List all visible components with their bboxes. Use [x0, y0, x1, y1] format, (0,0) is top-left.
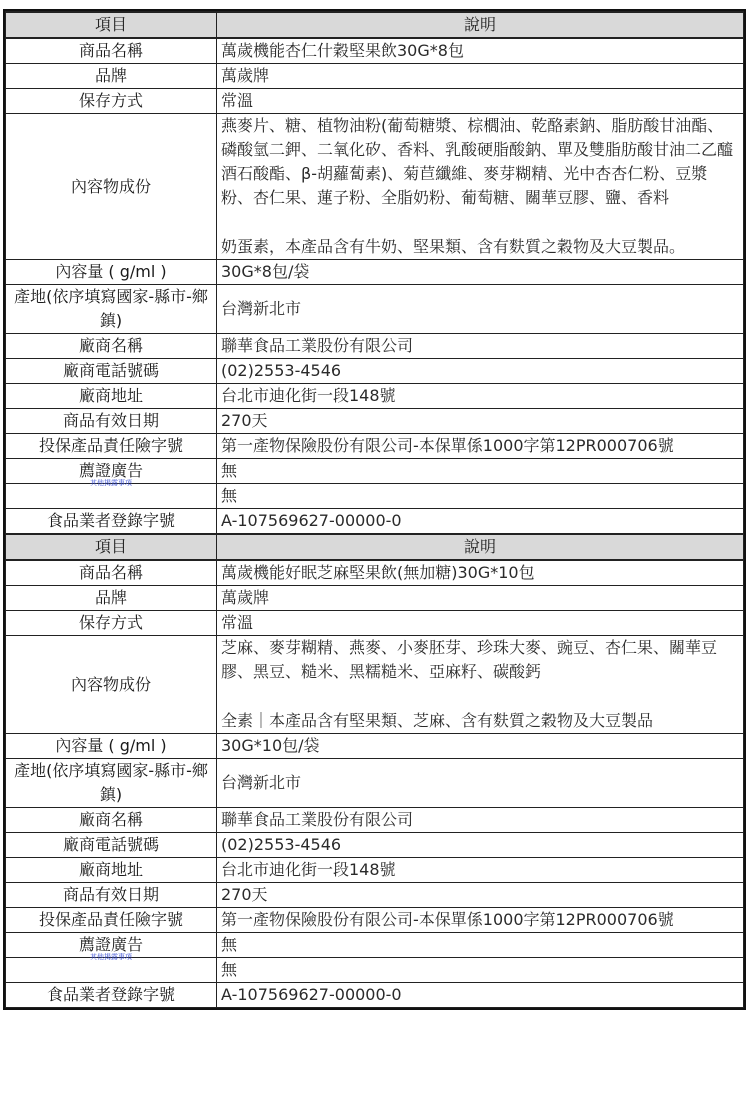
row-label-registration: 食品業者登錄字號	[6, 983, 217, 1008]
row-value-address: 台北市迪化街一段148號	[217, 858, 744, 883]
product-spec-sheet: 項目 說明 商品名稱 萬歲機能杏仁什穀堅果飲30G*8包 品牌 萬歲牌 保存方式…	[3, 9, 746, 1010]
row-label-origin: 產地(依序填寫國家-縣市-鄉鎮)	[6, 759, 217, 808]
row-label-maker: 廠商名稱	[6, 334, 217, 359]
row-label-registration: 食品業者登錄字號	[6, 509, 217, 535]
row-value-ingredients: 芝麻、麥芽糊精、燕麥、小麥胚芽、珍珠大麥、豌豆、杏仁果、關華豆膠、黑豆、糙米、黑…	[217, 636, 744, 734]
row-value-maker: 聯華食品工業股份有限公司	[217, 334, 744, 359]
table-row: 內容量 ( g/ml ) 30G*10包/袋	[6, 734, 744, 759]
row-label-ingredients: 內容物成份	[6, 636, 217, 734]
row-label-shelf-life: 商品有效日期	[6, 883, 217, 908]
table-row: 保存方式 常溫	[6, 89, 744, 114]
table-row: 內容物成份 芝麻、麥芽糊精、燕麥、小麥胚芽、珍珠大麥、豌豆、杏仁果、關華豆膠、黑…	[6, 636, 744, 734]
row-value-storage: 常溫	[217, 89, 744, 114]
row-value-origin: 台灣新北市	[217, 285, 744, 334]
row-label-storage: 保存方式	[6, 611, 217, 636]
row-value-volume: 30G*10包/袋	[217, 734, 744, 759]
row-value-phone: (02)2553-4546	[217, 359, 744, 384]
table-row: 內容量 ( g/ml ) 30G*8包/袋	[6, 260, 744, 285]
row-label-phone: 廠商電話號碼	[6, 359, 217, 384]
table-row: 食品業者登錄字號 A-107569627-00000-0	[6, 983, 744, 1008]
header-description: 說明	[217, 534, 744, 560]
row-label-maker: 廠商名稱	[6, 808, 217, 833]
table-row: 產地(依序填寫國家-縣市-鄉鎮) 台灣新北市	[6, 285, 744, 334]
row-value-other-disclosures: 無	[217, 958, 744, 983]
row-label-brand: 品牌	[6, 586, 217, 611]
row-label-insurance: 投保產品責任險字號	[6, 908, 217, 933]
table-row: 產地(依序填寫國家-縣市-鄉鎮) 台灣新北市	[6, 759, 744, 808]
table-row: 品牌 萬歲牌	[6, 586, 744, 611]
row-value-volume: 30G*8包/袋	[217, 260, 744, 285]
allergen-note: 全素｜本產品含有堅果類、芝麻、含有麩質之穀物及大豆製品	[221, 709, 739, 733]
row-value-registration: A-107569627-00000-0	[217, 509, 744, 535]
row-value-product-name: 萬歲機能好眠芝麻堅果飲(無加糖)30G*10包	[217, 560, 744, 586]
row-value-insurance: 第一產物保險股份有限公司-本保單係1000字第12PR000706號	[217, 908, 744, 933]
spacer	[221, 684, 739, 709]
header-description: 說明	[217, 12, 744, 38]
row-value-endorsement: 無	[217, 933, 744, 958]
row-label-address: 廠商地址	[6, 384, 217, 409]
row-value-endorsement: 無	[217, 459, 744, 484]
table-row: 商品有效日期 270天	[6, 883, 744, 908]
row-value-phone: (02)2553-4546	[217, 833, 744, 858]
row-label-insurance: 投保產品責任險字號	[6, 434, 217, 459]
table-row: 廠商電話號碼 (02)2553-4546	[6, 359, 744, 384]
row-label-origin: 產地(依序填寫國家-縣市-鄉鎮)	[6, 285, 217, 334]
table-row: 內容物成份 燕麥片、糖、植物油粉(葡萄糖漿、棕櫚油、乾酪素鈉、脂肪酸甘油酯、磷酸…	[6, 114, 744, 260]
table-row: 廠商地址 台北市迪化街一段148號	[6, 384, 744, 409]
row-label-other-disclosures: 其他揭露事項	[6, 484, 217, 509]
header-item: 項目	[6, 12, 217, 38]
table-row: 投保產品責任險字號 第一產物保險股份有限公司-本保單係1000字第12PR000…	[6, 434, 744, 459]
row-value-brand: 萬歲牌	[217, 586, 744, 611]
table-row: 食品業者登錄字號 A-107569627-00000-0	[6, 509, 744, 535]
row-label-product-name: 商品名稱	[6, 560, 217, 586]
product-spec-table: 項目 說明 商品名稱 萬歲機能杏仁什穀堅果飲30G*8包 品牌 萬歲牌 保存方式…	[5, 11, 744, 1008]
spacer	[221, 210, 739, 235]
row-value-insurance: 第一產物保險股份有限公司-本保單係1000字第12PR000706號	[217, 434, 744, 459]
row-value-brand: 萬歲牌	[217, 64, 744, 89]
row-value-product-name: 萬歲機能杏仁什穀堅果飲30G*8包	[217, 38, 744, 64]
allergen-note: 奶蛋素，本產品含有牛奶、堅果類、含有麩質之穀物及大豆製品。	[221, 235, 739, 259]
other-disclosures-label: 其他揭露事項	[90, 952, 132, 962]
row-value-registration: A-107569627-00000-0	[217, 983, 744, 1008]
table-row: 品牌 萬歲牌	[6, 64, 744, 89]
table-row: 投保產品責任險字號 第一產物保險股份有限公司-本保單係1000字第12PR000…	[6, 908, 744, 933]
table-row: 廠商名稱 聯華食品工業股份有限公司	[6, 808, 744, 833]
header-item: 項目	[6, 534, 217, 560]
row-value-other-disclosures: 無	[217, 484, 744, 509]
row-value-address: 台北市迪化街一段148號	[217, 384, 744, 409]
ingredients-text: 燕麥片、糖、植物油粉(葡萄糖漿、棕櫚油、乾酪素鈉、脂肪酸甘油酯、磷酸氫二鉀、二氧…	[221, 114, 739, 210]
table-row: 保存方式 常溫	[6, 611, 744, 636]
row-value-maker: 聯華食品工業股份有限公司	[217, 808, 744, 833]
row-label-product-name: 商品名稱	[6, 38, 217, 64]
table-row: 其他揭露事項 無	[6, 484, 744, 509]
table-row: 商品名稱 萬歲機能好眠芝麻堅果飲(無加糖)30G*10包	[6, 560, 744, 586]
row-label-shelf-life: 商品有效日期	[6, 409, 217, 434]
section-1-header-row: 項目 說明	[6, 12, 744, 38]
row-label-storage: 保存方式	[6, 89, 217, 114]
row-label-brand: 品牌	[6, 64, 217, 89]
row-value-shelf-life: 270天	[217, 883, 744, 908]
other-disclosures-label: 其他揭露事項	[90, 478, 132, 488]
row-value-shelf-life: 270天	[217, 409, 744, 434]
table-row: 其他揭露事項 無	[6, 958, 744, 983]
row-label-phone: 廠商電話號碼	[6, 833, 217, 858]
row-value-ingredients: 燕麥片、糖、植物油粉(葡萄糖漿、棕櫚油、乾酪素鈉、脂肪酸甘油酯、磷酸氫二鉀、二氧…	[217, 114, 744, 260]
row-value-origin: 台灣新北市	[217, 759, 744, 808]
row-label-volume: 內容量 ( g/ml )	[6, 260, 217, 285]
row-label-volume: 內容量 ( g/ml )	[6, 734, 217, 759]
row-label-other-disclosures: 其他揭露事項	[6, 958, 217, 983]
table-row: 廠商名稱 聯華食品工業股份有限公司	[6, 334, 744, 359]
table-row: 廠商電話號碼 (02)2553-4546	[6, 833, 744, 858]
table-row: 廠商地址 台北市迪化街一段148號	[6, 858, 744, 883]
table-row: 商品有效日期 270天	[6, 409, 744, 434]
table-row: 商品名稱 萬歲機能杏仁什穀堅果飲30G*8包	[6, 38, 744, 64]
section-2-header-row: 項目 說明	[6, 534, 744, 560]
row-label-ingredients: 內容物成份	[6, 114, 217, 260]
row-label-address: 廠商地址	[6, 858, 217, 883]
row-value-storage: 常溫	[217, 611, 744, 636]
ingredients-text: 芝麻、麥芽糊精、燕麥、小麥胚芽、珍珠大麥、豌豆、杏仁果、關華豆膠、黑豆、糙米、黑…	[221, 636, 739, 684]
